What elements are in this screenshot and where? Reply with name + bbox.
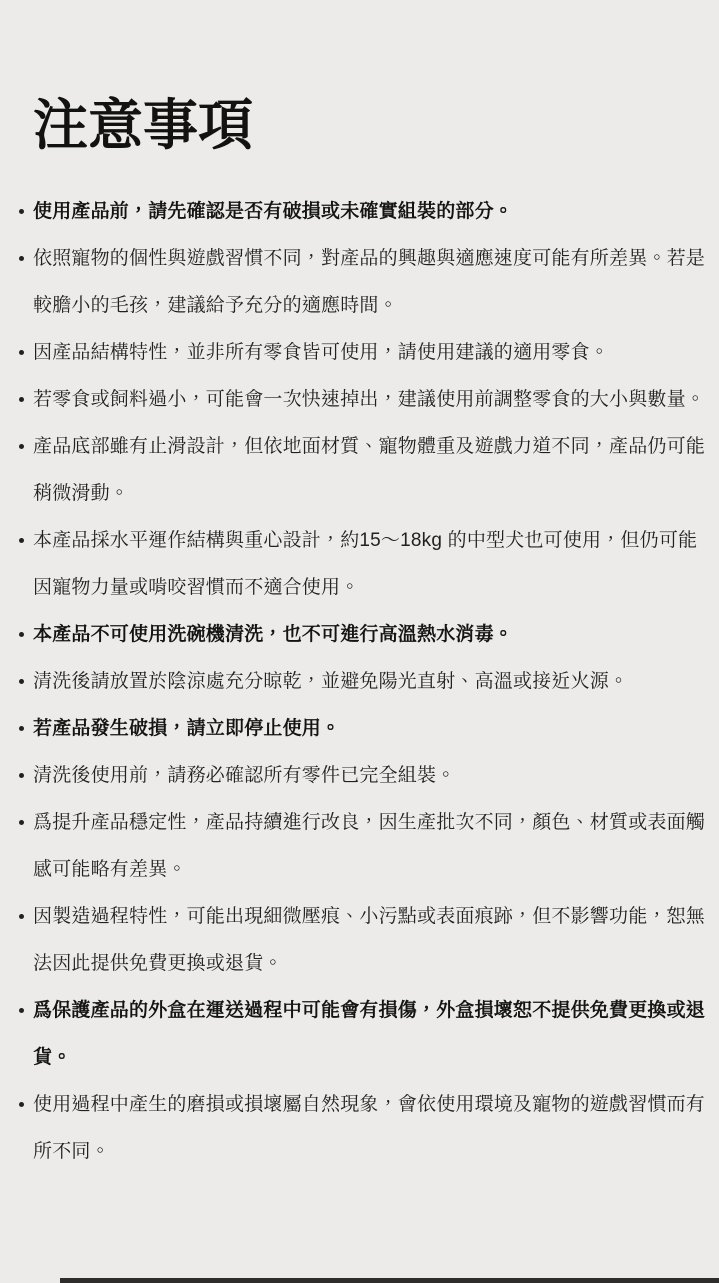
notice-text: 清洗後請放置於陰涼處充分晾乾，並避免陽光直射、高溫或接近火源。	[33, 671, 628, 692]
bullet-dot-icon	[19, 538, 24, 543]
notice-item: 產品底部雖有止滑設計，但依地面材質、寵物體重及遊戲力道不同，產品仍可能稍微滑動。	[0, 423, 707, 517]
notice-item: 依照寵物的個性與遊戲習慣不同，對產品的興趣與適應速度可能有所差異。若是較膽小的毛…	[0, 235, 707, 329]
notice-text: 因產品結構特性，並非所有零食皆可使用，請使用建議的適用零食。	[33, 342, 609, 363]
notice-text: 清洗後使用前，請務必確認所有零件已完全組裝。	[33, 765, 455, 786]
notice-item: 若產品發生破損，請立即停止使用。	[0, 705, 707, 752]
notice-page: 注意事項 使用產品前，請先確認是否有破損或未確實組裝的部分。 依照寵物的個性與遊…	[0, 0, 719, 1283]
bullet-dot-icon	[19, 773, 24, 778]
notice-text: 本產品不可使用洗碗機清洗，也不可進行高溫熱水消毒。	[33, 624, 513, 645]
notice-list: 使用產品前，請先確認是否有破損或未確實組裝的部分。 依照寵物的個性與遊戲習慣不同…	[0, 188, 719, 1175]
notice-text: 使用產品前，請先確認是否有破損或未確實組裝的部分。	[33, 201, 513, 222]
bullet-dot-icon	[19, 914, 24, 919]
notice-item: 因產品結構特性，並非所有零食皆可使用，請使用建議的適用零食。	[0, 329, 707, 376]
notice-item: 爲提升產品穩定性，產品持續進行改良，因生產批次不同，顏色、材質或表面觸感可能略有…	[0, 799, 707, 893]
notice-text: 若零食或飼料過小，可能會一次快速掉出，建議使用前調整零食的大小與數量。	[33, 389, 705, 410]
notice-text: 產品底部雖有止滑設計，但依地面材質、寵物體重及遊戲力道不同，產品仍可能稍微滑動。	[33, 436, 705, 504]
notice-text: 因製造過程特性，可能出現細微壓痕、小污點或表面痕跡，但不影響功能，恕無法因此提供…	[33, 906, 705, 974]
notice-text: 爲提升產品穩定性，產品持續進行改良，因生產批次不同，顏色、材質或表面觸感可能略有…	[33, 812, 705, 880]
bullet-dot-icon	[19, 350, 24, 355]
bullet-dot-icon	[19, 444, 24, 449]
notice-item: 若零食或飼料過小，可能會一次快速掉出，建議使用前調整零食的大小與數量。	[0, 376, 707, 423]
notice-item: 使用產品前，請先確認是否有破損或未確實組裝的部分。	[0, 188, 707, 235]
notice-text: 依照寵物的個性與遊戲習慣不同，對產品的興趣與適應速度可能有所差異。若是較膽小的毛…	[33, 248, 705, 316]
bullet-dot-icon	[19, 397, 24, 402]
notice-text: 本產品採水平運作結構與重心設計，約15〜18kg 的中型犬也可使用，但仍可能因寵…	[33, 530, 697, 598]
notice-text: 爲保護產品的外盒在運送過程中可能會有損傷，外盒損壞恕不提供免費更換或退貨。	[33, 1000, 705, 1068]
notice-item: 因製造過程特性，可能出現細微壓痕、小污點或表面痕跡，但不影響功能，恕無法因此提供…	[0, 893, 707, 987]
notice-item: 清洗後請放置於陰涼處充分晾乾，並避免陽光直射、高溫或接近火源。	[0, 658, 707, 705]
notice-item: 清洗後使用前，請務必確認所有零件已完全組裝。	[0, 752, 707, 799]
notice-item: 爲保護產品的外盒在運送過程中可能會有損傷，外盒損壞恕不提供免費更換或退貨。	[0, 987, 707, 1081]
notice-item: 使用過程中產生的磨損或損壞屬自然現象，會依使用環境及寵物的遊戲習慣而有所不同。	[0, 1081, 707, 1175]
bullet-dot-icon	[19, 632, 24, 637]
bullet-dot-icon	[19, 1102, 24, 1107]
page-title: 注意事項	[33, 90, 719, 162]
bullet-dot-icon	[19, 820, 24, 825]
bullet-dot-icon	[19, 1008, 24, 1013]
bullet-dot-icon	[19, 209, 24, 214]
bottom-band	[60, 1278, 719, 1283]
bullet-dot-icon	[19, 256, 24, 261]
bullet-dot-icon	[19, 726, 24, 731]
notice-text: 若產品發生破損，請立即停止使用。	[33, 718, 340, 739]
notice-item: 本產品採水平運作結構與重心設計，約15〜18kg 的中型犬也可使用，但仍可能因寵…	[0, 517, 707, 611]
notice-item: 本產品不可使用洗碗機清洗，也不可進行高溫熱水消毒。	[0, 611, 707, 658]
bullet-dot-icon	[19, 679, 24, 684]
notice-text: 使用過程中產生的磨損或損壞屬自然現象，會依使用環境及寵物的遊戲習慣而有所不同。	[33, 1094, 705, 1162]
